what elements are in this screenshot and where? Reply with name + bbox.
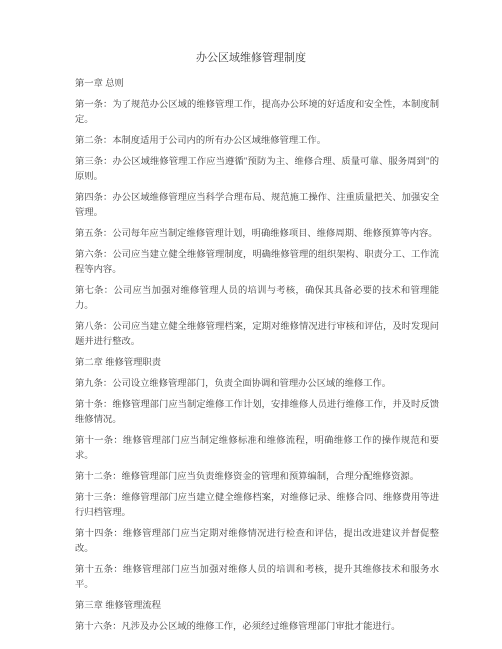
article-paragraph: 第四条：办公区域维修管理应当科学合理布局、规范施工操作、注重质量把关、加强安全管…: [75, 191, 439, 221]
article-paragraph: 第二条：本制度适用于公司内的所有办公区域维修管理工作。: [75, 134, 439, 149]
chapter-heading: 第三章 维修管理流程: [75, 599, 439, 614]
document-page: 办公区域维修管理制度 第一章 总则第一条：为了规范办公区域的维修管理工作，提高办…: [0, 0, 502, 649]
article-paragraph: 第五条：公司每年应当制定维修管理计划，明确维修项目、维修周期、维修预算等内容。: [75, 227, 439, 242]
article-paragraph: 第六条：公司应当建立健全维修管理制度，明确维修管理的组织架构、职责分工、工作流程…: [75, 248, 439, 278]
article-paragraph: 第一条：为了规范办公区域的维修管理工作，提高办公环境的好适度和安全性，本制度制定…: [75, 98, 439, 128]
chapter-heading: 第一章 总则: [75, 77, 439, 92]
article-paragraph: 第七条：公司应当加强对维修管理人员的培训与考核，确保其具备必要的技术和管理能力。: [75, 284, 439, 314]
article-paragraph: 第九条：公司设立维修管理部门，负责全面协调和管理办公区域的维修工作。: [75, 377, 439, 392]
article-paragraph: 第八条：公司应当建立健全维修管理档案，定期对维修情况进行审核和评估，及时发现问题…: [75, 320, 439, 350]
article-paragraph: 第十一条：维修管理部门应当制定维修标准和维修流程，明确维修工作的操作规范和要求。: [75, 434, 439, 464]
document-title: 办公区域维修管理制度: [0, 51, 502, 66]
article-paragraph: 第三条：办公区域维修管理工作应当遵循"预防为主、维修合理、质量可靠、服务周到"的…: [75, 155, 439, 185]
article-paragraph: 第十条：维修管理部门应当制定维修工作计划，安排维修人员进行维修工作，并及时反馈维…: [75, 398, 439, 428]
article-paragraph: 第十四条：维修管理部门应当定期对维修情况进行检查和评估，提出改进建议并督促整改。: [75, 527, 439, 557]
article-paragraph: 第十二条：维修管理部门应当负责维修资金的管理和预算编制，合理分配维修资源。: [75, 470, 439, 485]
article-paragraph: 第十六条：凡涉及办公区域的维修工作，必须经过维修管理部门审批才能进行。: [75, 620, 439, 635]
document-body: 第一章 总则第一条：为了规范办公区域的维修管理工作，提高办公环境的好适度和安全性…: [75, 77, 439, 635]
article-paragraph: 第十三条：维修管理部门应当建立健全维修档案，对维修记录、维修合同、维修费用等进行…: [75, 491, 439, 521]
article-paragraph: 第十五条：维修管理部门应当加强对维修人员的培训和考核，提升其维修技术和服务水平。: [75, 563, 439, 593]
chapter-heading: 第二章 维修管理职责: [75, 356, 439, 371]
